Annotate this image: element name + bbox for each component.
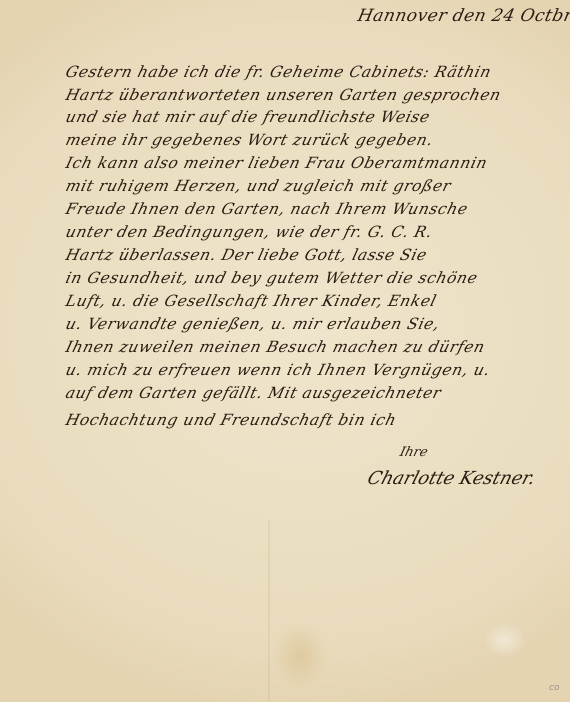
date-line: Hannover den 24 Octbr. 1826. [356, 6, 570, 26]
letter-line: meine ihr gegebenes Wort zurück gegeben. [64, 130, 569, 150]
letter-line: Gestern habe ich die fr. Geheime Cabinet… [64, 62, 569, 82]
signature: Charlotte Kestner. [365, 468, 538, 489]
letter-line: u. Verwandte genießen, u. mir erlauben S… [64, 314, 569, 334]
pencil-margin-note: co [549, 683, 559, 693]
letter-line: auf dem Garten gefällt. Mit ausgezeichne… [64, 383, 569, 403]
paper-fold [268, 520, 270, 702]
letter-line: Freude Ihnen den Garten, nach Ihrem Wuns… [64, 199, 569, 219]
letter-line: Ich kann also meiner lieben Frau Oberamt… [64, 153, 569, 173]
letter-page: Hannover den 24 Octbr. 1826. Gestern hab… [0, 0, 570, 702]
letter-line: mit ruhigem Herzen, und zugleich mit gro… [64, 176, 569, 196]
letter-line: und sie hat mir auf die freundlichste We… [64, 107, 569, 127]
letter-line: Luft, u. die Gesellschaft Ihrer Kinder, … [64, 291, 569, 311]
letter-line: in Gesundheit, und bey gutem Wetter die … [64, 268, 569, 288]
letter-line: Hartz überlassen. Der liebe Gott, lasse … [64, 245, 569, 265]
letter-line: Ihnen zuweilen meinen Besuch machen zu d… [64, 337, 569, 357]
letter-line: Hartz überantworteten unseren Garten ges… [64, 85, 569, 105]
letter-line: u. mich zu erfreuen wenn ich Ihnen Vergn… [64, 360, 569, 380]
letter-line: unter den Bedingungen, wie der fr. G. C.… [64, 222, 569, 242]
letter-line: Hochachtung und Freundschaft bin ich [64, 410, 569, 430]
closing-prefix: Ihre [398, 445, 429, 460]
